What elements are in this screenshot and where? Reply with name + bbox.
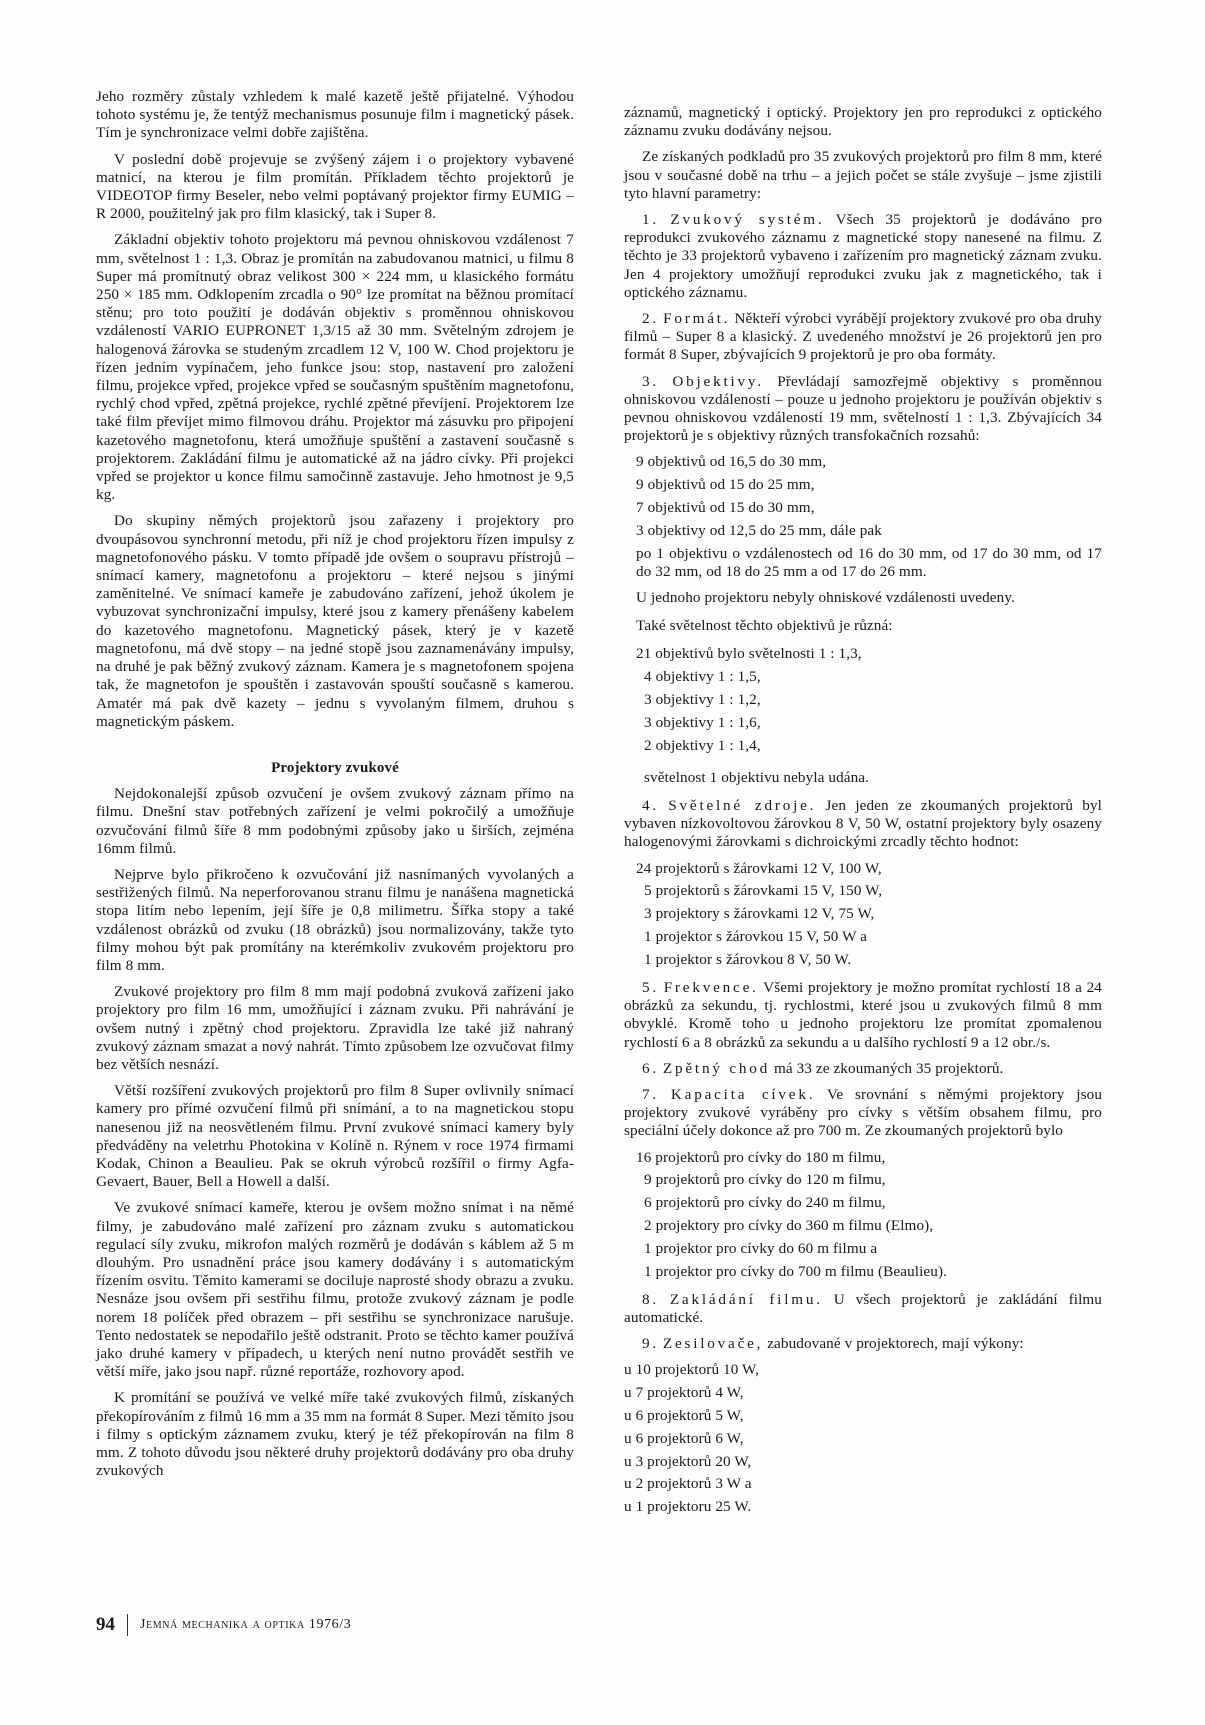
list-item: 1 projektor s žárovkou 15 V, 50 W a — [636, 928, 1102, 946]
list-item: 6 projektorů pro cívky do 240 m filmu, — [636, 1194, 1102, 1212]
list-item: 1 projektor s žárovkou 8 V, 50 W. — [636, 951, 1102, 969]
section-number: 9. — [642, 1335, 659, 1352]
list-item: u 2 projektorů 3 W a — [624, 1475, 1102, 1493]
section-title: Formát. — [663, 310, 730, 327]
numbered-section-2: 2. Formát. Někteří výrobci vyrábějí proj… — [624, 310, 1102, 365]
paragraph: Nejdokonalejší způsob ozvučení je ovšem … — [96, 785, 574, 858]
light-source-list: 24 projektorů s žárovkami 12 V, 100 W, 5… — [636, 860, 1102, 969]
numbered-section-5: 5. Frekvence. Všemi projektory je možno … — [624, 979, 1102, 1052]
list-item: 9 objektivů od 16,5 do 30 mm, — [636, 453, 1102, 471]
section-text: má 33 ze zkoumaných 35 projektorů. — [774, 1060, 1003, 1077]
paragraph: záznamů, magnetický i optický. Projektor… — [624, 104, 1102, 140]
journal-name: Jemná mechanika a optika 1976/3 — [140, 1617, 351, 1633]
list-item: u 1 projektoru 25 W. — [624, 1498, 1102, 1516]
list-item: 9 objektivů od 15 do 25 mm, — [636, 476, 1102, 494]
aperture-list: 21 objektivů bylo světelnosti 1 : 1,3, 4… — [636, 645, 1102, 787]
list-item: u 6 projektorů 5 W, — [624, 1407, 1102, 1425]
paragraph: Nejprve bylo přikročeno k ozvučování již… — [96, 866, 574, 975]
list-item: 3 objektivy 1 : 1,2, — [636, 691, 1102, 709]
list-intro: Také světelnost těchto objektivů je různ… — [636, 617, 1102, 635]
list-item: u 7 projektorů 4 W, — [624, 1384, 1102, 1402]
numbered-section-3: 3. Objektivy. Převládají samozřejmě obje… — [624, 373, 1102, 446]
list-item: 3 objektivy 1 : 1,6, — [636, 714, 1102, 732]
section-text: zabudované v projektorech, mají výkony: — [767, 1335, 1024, 1352]
list-item: 3 objektivy od 12,5 do 25 mm, dále pak — [636, 522, 1102, 540]
section-title: Zpětný chod — [663, 1060, 770, 1077]
paragraph: Ve zvukové snímací kameře, kterou je ovš… — [96, 1199, 574, 1381]
list-item: po 1 objektivu o vzdálenostech od 16 do … — [636, 545, 1102, 581]
section-number: 1. — [642, 211, 659, 228]
paragraph: Jeho rozměry zůstaly vzhledem k malé kaz… — [96, 88, 574, 143]
list-item: u 6 projektorů 6 W, — [624, 1430, 1102, 1448]
numbered-section-1: 1. Zvukový systém. Všech 35 projektorů j… — [624, 211, 1102, 302]
list-item: 4 objektivy 1 : 1,5, — [636, 668, 1102, 686]
footer-divider — [127, 1614, 128, 1636]
document-page: Jeho rozměry zůstaly vzhledem k malé kaz… — [0, 0, 1205, 1725]
section-title: Objektivy. — [672, 373, 764, 390]
reel-capacity-list: 16 projektorů pro cívky do 180 m filmu, … — [636, 1149, 1102, 1281]
list-item: 9 projektorů pro cívky do 120 m filmu, — [636, 1171, 1102, 1189]
section-number: 2. — [642, 310, 659, 327]
section-heading: Projektory zvukové — [96, 759, 574, 777]
paragraph: V poslední době projevuje se zvýšený záj… — [96, 151, 574, 224]
section-number: 5. — [642, 979, 659, 996]
list-item: 2 objektivy 1 : 1,4, — [636, 737, 1102, 755]
section-number: 7. — [642, 1086, 659, 1103]
paragraph: Zvukové projektory pro film 8 mm mají po… — [96, 983, 574, 1074]
section-number: 6. — [642, 1060, 659, 1077]
section-title: Zvukový systém. — [670, 211, 824, 228]
numbered-section-7: 7. Kapacita cívek. Ve srovnání s němými … — [624, 1086, 1102, 1141]
section-title: Frekvence. — [664, 979, 759, 996]
lens-range-list: 9 objektivů od 16,5 do 30 mm, 9 objektiv… — [636, 453, 1102, 635]
list-item: 1 projektor pro cívky do 700 m filmu (Be… — [636, 1263, 1102, 1281]
list-item: 1 projektor pro cívky do 60 m filmu a — [636, 1240, 1102, 1258]
list-item: u 10 projektorů 10 W, — [624, 1361, 1102, 1379]
section-title: Zakládání filmu. — [670, 1291, 823, 1308]
list-item: 2 projektory pro cívky do 360 m filmu (E… — [636, 1217, 1102, 1235]
right-column: záznamů, magnetický i optický. Projektor… — [624, 104, 1102, 1526]
page-footer: 94 Jemná mechanika a optika 1976/3 — [96, 1614, 351, 1636]
list-item: 24 projektorů s žárovkami 12 V, 100 W, — [636, 860, 1102, 878]
paragraph: K promítání se používá ve velké míře tak… — [96, 1389, 574, 1480]
amplifier-list: u 10 projektorů 10 W, u 7 projektorů 4 W… — [624, 1361, 1102, 1516]
list-note: světelnost 1 objektivu nebyla udána. — [636, 769, 1102, 787]
section-title: Zesilovače, — [663, 1335, 763, 1352]
list-item: 16 projektorů pro cívky do 180 m filmu, — [636, 1149, 1102, 1167]
paragraph: Do skupiny němých projektorů jsou zařaze… — [96, 512, 574, 730]
section-title: Kapacita cívek. — [671, 1086, 815, 1103]
paragraph: Větší rozšíření zvukových projektorů pro… — [96, 1082, 574, 1191]
left-column: Jeho rozměry zůstaly vzhledem k malé kaz… — [96, 88, 574, 1488]
section-number: 3. — [642, 373, 659, 390]
list-item: u 3 projektorů 20 W, — [624, 1453, 1102, 1471]
list-item: 5 projektorů s žárovkami 15 V, 150 W, — [636, 882, 1102, 900]
list-item: 7 objektivů od 15 do 30 mm, — [636, 499, 1102, 517]
list-note: U jednoho projektoru nebyly ohniskové vz… — [636, 589, 1102, 607]
numbered-section-4: 4. Světelné zdroje. Jen jeden ze zkouman… — [624, 797, 1102, 852]
paragraph: Základní objektiv tohoto projektoru má p… — [96, 231, 574, 504]
numbered-section-9: 9. Zesilovače, zabudované v projektorech… — [624, 1335, 1102, 1353]
page-number: 94 — [96, 1614, 115, 1636]
numbered-section-8: 8. Zakládání filmu. U všech projektorů j… — [624, 1291, 1102, 1327]
section-number: 8. — [642, 1291, 659, 1308]
list-item: 21 objektivů bylo světelnosti 1 : 1,3, — [636, 645, 1102, 663]
list-item: 3 projektory s žárovkami 12 V, 75 W, — [636, 905, 1102, 923]
section-title: Světelné zdroje. — [668, 797, 816, 814]
paragraph: Ze získaných podkladů pro 35 zvukových p… — [624, 148, 1102, 203]
section-number: 4. — [642, 797, 659, 814]
numbered-section-6: 6. Zpětný chod má 33 ze zkoumaných 35 pr… — [624, 1060, 1102, 1078]
